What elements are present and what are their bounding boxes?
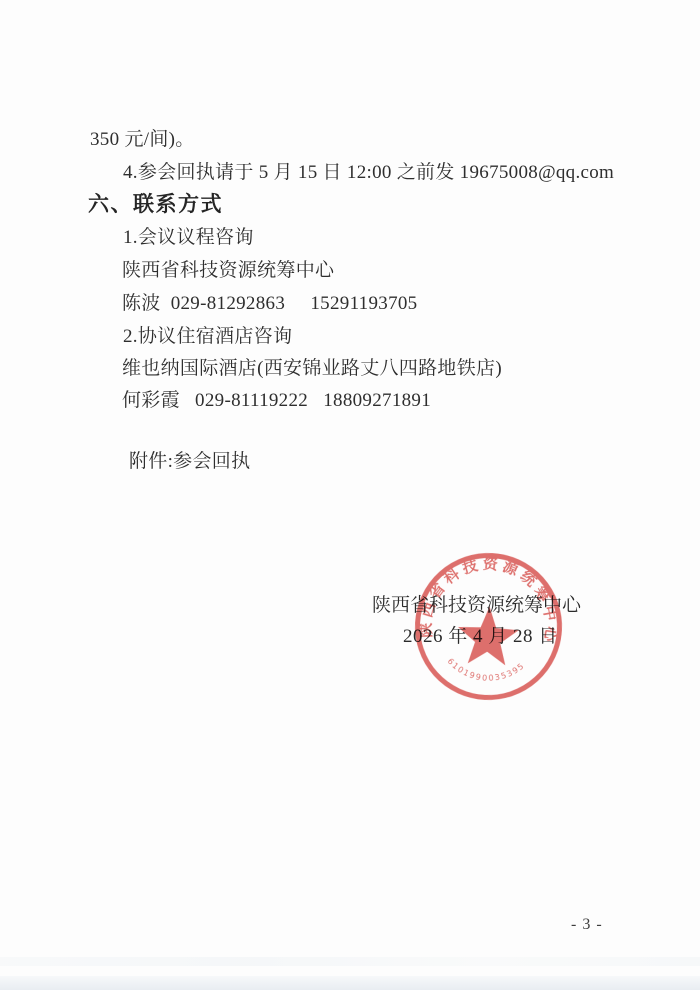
official-seal-stamp: 陕西省科技资源统筹中心 6101990035395 bbox=[404, 542, 573, 711]
attachment-line: 附件:参会回执 bbox=[129, 451, 250, 473]
body-line-org-name: 陕西省科技资源统筹中心 bbox=[122, 260, 334, 282]
scan-artifact-band-upper bbox=[0, 957, 700, 966]
body-line-contact-chenbo: 陈波 029-81292863 15291193705 bbox=[122, 293, 417, 315]
stamp-star-icon bbox=[456, 605, 520, 666]
body-line-reply-deadline: 4.参会回执请于 5 月 15 日 12:00 之前发 19675008@qq.… bbox=[123, 162, 614, 184]
svg-text:6101990035395: 6101990035395 bbox=[445, 656, 527, 684]
scan-artifact-band-lower bbox=[0, 976, 700, 990]
body-line-contact-hecaixia: 何彩霞 029-81119222 18809271891 bbox=[122, 390, 431, 412]
body-line-agenda-consult: 1.会议议程咨询 bbox=[123, 227, 254, 249]
section-heading-contact: 六、联系方式 bbox=[88, 194, 223, 216]
body-line-price: 350 元/间)。 bbox=[90, 129, 195, 151]
page-number: - 3 - bbox=[571, 916, 603, 934]
scanned-document-page: 350 元/间)。 4.参会回执请于 5 月 15 日 12:00 之前发 19… bbox=[0, 0, 700, 990]
stamp-code-number: 6101990035395 bbox=[445, 656, 527, 684]
body-line-hotel-consult: 2.协议住宿酒店咨询 bbox=[123, 326, 292, 348]
body-line-hotel-name: 维也纳国际酒店(西安锦业路丈八四路地铁店) bbox=[122, 358, 502, 380]
